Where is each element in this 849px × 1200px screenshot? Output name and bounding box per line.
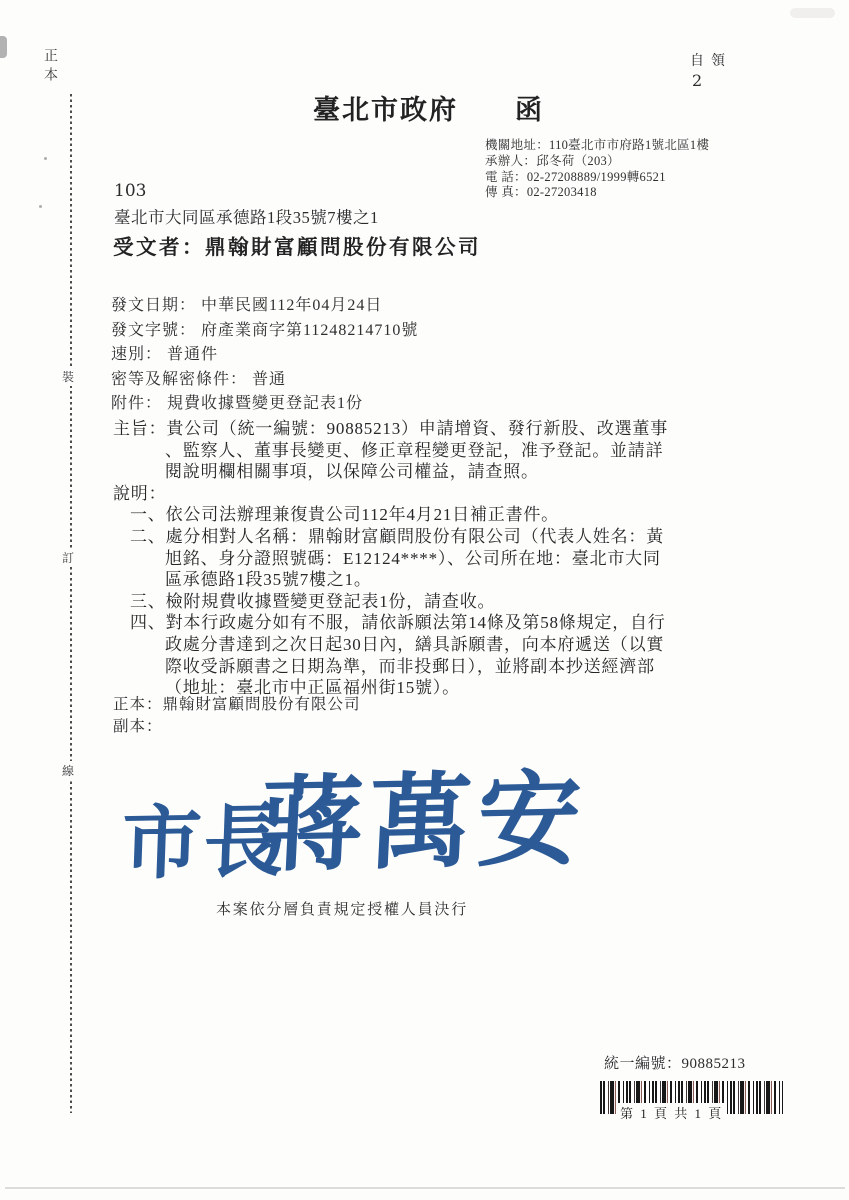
body-block: 主旨：貴公司（統一編號：90885213）申請增資、發行新股、改選董事 、監察人… (113, 418, 693, 699)
agency-address: 機關地址：110臺北市市府路1號北區1樓 (485, 138, 709, 154)
page-bottom-edge (5, 1187, 845, 1189)
binding-mark-ding: 訂 (62, 548, 74, 567)
meta-speed: 速別： 普通件 (111, 343, 418, 368)
binding-mark-xian: 線 (62, 761, 74, 780)
binding-mark-zhuang: 裝 (62, 367, 74, 386)
title-doc-kind: 函 (515, 88, 544, 127)
body-line: 區承德路1段35號7樓之1。 (113, 569, 693, 591)
body-line: 一、依公司法辦理兼復貴公司112年4月21日補正書件。 (113, 504, 693, 526)
authorization-note: 本案依分層負責規定授權人員決行 (216, 898, 468, 919)
document-title: 臺北市政府 函 (313, 88, 544, 127)
body-line: 政處分書達到之次日起30日內，繕具訴願書，向本府遞送（以實 (113, 634, 693, 656)
body-line: 三、檢附規費收據暨變更登記表1份，請查收。 (113, 591, 693, 613)
recipient-line: 受文者：鼎翰財富顧問股份有限公司 (113, 230, 481, 260)
meta-doc-number: 發文字號： 府產業商字第11248214710號 (111, 319, 418, 344)
meta-security: 密等及解密條件： 普通 (111, 368, 418, 393)
body-line: 二、處分相對人名稱：鼎翰財富顧問股份有限公司（代表人姓名：黃 (113, 526, 693, 548)
body-line: 、監察人、董事長變更、修正章程變更登記，准予登記。並請詳 (113, 440, 693, 462)
body-line: 際收受訴願書之日期為準，而非投郵日），並將副本抄送經濟部 (113, 656, 693, 678)
body-line: 旭銘、身分證照號碼：E12124****）、公司所在地：臺北市大同 (113, 548, 693, 570)
scan-smudge (0, 36, 7, 58)
uniform-number: 統一編號：90885213 (604, 1052, 746, 1073)
copy-original: 正本：鼎翰財富顧問股份有限公司 (113, 694, 361, 716)
scan-speck (39, 205, 42, 208)
copy-type-mark: 正本 (39, 48, 59, 86)
agency-phone: 電 話：02-27208889/1999轉6521 (485, 170, 709, 186)
body-line: 說明： (113, 483, 693, 505)
title-agency: 臺北市政府 (313, 88, 458, 127)
recipient-address: 臺北市大同區承德路1段35號7樓之1 (114, 204, 379, 228)
recipient-zip: 103 (114, 181, 146, 201)
body-line: 閱說明欄相關事項，以保障公司權益，請查照。 (113, 461, 693, 483)
pickup-number: 2 (692, 71, 702, 90)
scan-smudge (790, 8, 835, 18)
body-line: 四、對本行政處分如有不服，請依訴願法第14條及第58條規定，自行 (113, 612, 693, 634)
meta-attachment: 附件： 規費收據暨變更登記表1份 (111, 392, 418, 417)
pickup-mark: 自領 (690, 50, 732, 70)
copies-block: 正本：鼎翰財富顧問股份有限公司 副本： (113, 694, 361, 738)
copy-cc: 副本： (113, 716, 361, 738)
page-indicator: 第 1 頁 共 1 頁 (617, 1103, 726, 1122)
agency-fax: 傳 真：02-27203418 (485, 185, 709, 201)
agency-info-block: 機關地址：110臺北市市府路1號北區1樓 承辦人：邱冬荷（203） 電 話：02… (485, 138, 709, 201)
agency-contact-person: 承辦人：邱冬荷（203） (485, 154, 709, 170)
binding-dotted-line (70, 94, 72, 1113)
meta-block: 發文日期： 中華民國112年04月24日 發文字號： 府產業商字第1124821… (111, 294, 418, 417)
body-line: 主旨：貴公司（統一編號：90885213）申請增資、發行新股、改選董事 (113, 418, 693, 440)
scan-speck (44, 157, 47, 160)
mayor-name-signature: 蔣萬安 (256, 736, 590, 891)
meta-issue-date: 發文日期： 中華民國112年04月24日 (111, 294, 418, 319)
